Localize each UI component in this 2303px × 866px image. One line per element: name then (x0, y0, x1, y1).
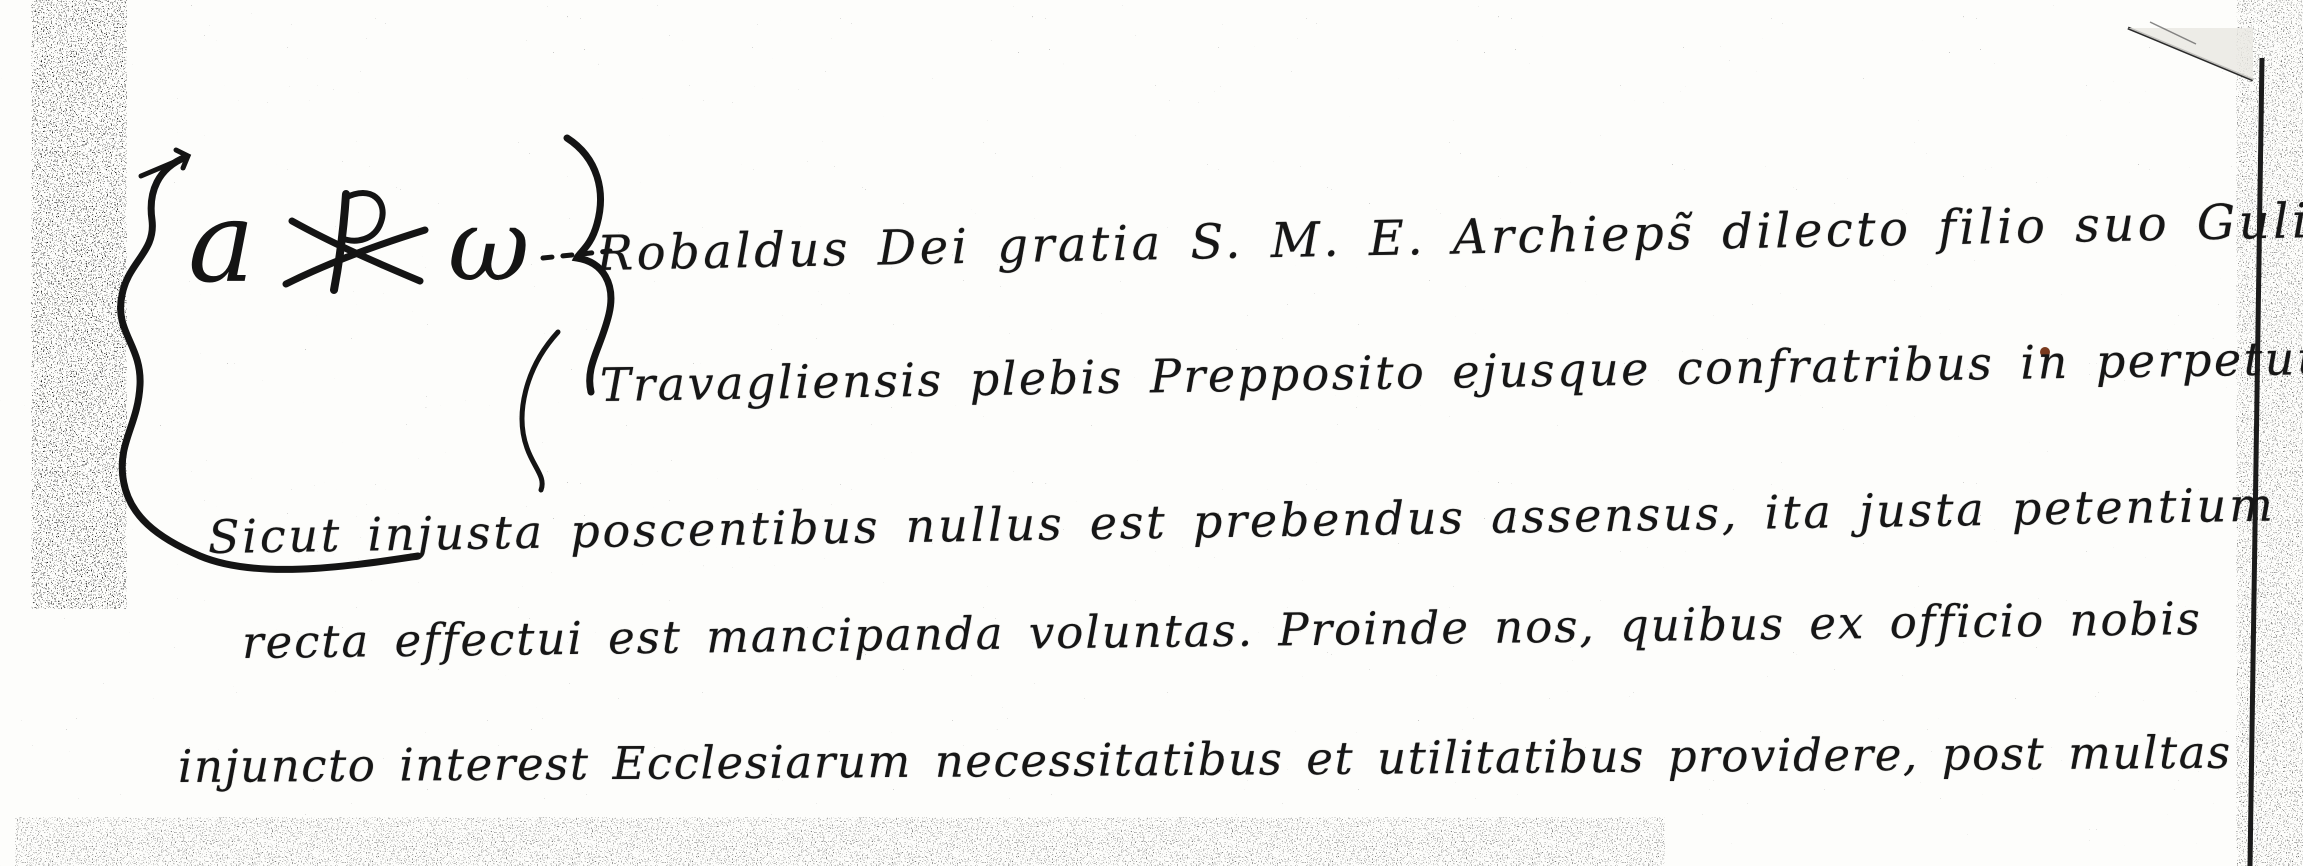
manuscript-line-3: Sicut injusta poscentibus nullus est pre… (208, 478, 2276, 564)
right-edge-line (2250, 58, 2262, 866)
right-edge-speckle-band (2240, 0, 2303, 866)
manuscript-line-2: Travagliensis plebis Prepposito ejusque … (600, 330, 2303, 412)
folded-corner (2128, 22, 2253, 80)
bottom-edge-speckle-band (90, 820, 1590, 866)
manuscript-page: a ω Robaldus Dei gratia S. M. E. Archiep… (0, 0, 2303, 866)
alpha-letter: a (188, 178, 255, 308)
omega-letter: ω (448, 187, 530, 304)
cartouche-top-hook (141, 150, 188, 176)
line2-opening-flourish (522, 332, 558, 490)
left-edge-speckle-band (36, 0, 122, 580)
chi-rho-icon (286, 193, 425, 290)
manuscript-line-5: injuncto interest Ecclesiarum necessitat… (178, 726, 2232, 793)
manuscript-line-1: Robaldus Dei gratia S. M. E. Archieps̃ d… (596, 191, 2303, 282)
manuscript-line-4: recta effectui est mancipanda voluntas. … (242, 592, 2202, 669)
